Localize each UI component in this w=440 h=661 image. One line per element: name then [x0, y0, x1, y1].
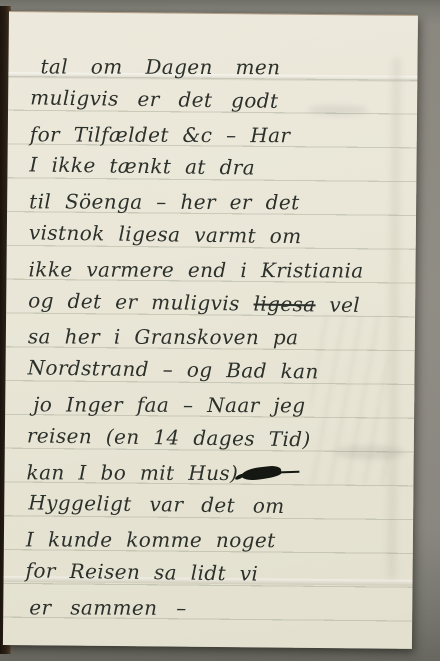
- letter-page: tal om Dagen men muligvis er det godt fo…: [3, 11, 418, 649]
- line-segment: og det er muligvis: [28, 288, 254, 315]
- handwritten-line-with-blot: kan I bo mit Hus): [27, 456, 400, 491]
- handwritten-line: I kunde komme noget: [26, 523, 399, 558]
- line-segment: kan I bo mit Hus): [27, 460, 239, 485]
- line-segment: vel: [315, 292, 360, 317]
- handwritten-line: er sammen –: [29, 591, 398, 626]
- photo-background: tal om Dagen men muligvis er det godt fo…: [0, 0, 440, 661]
- handwritten-line: til Söenga – her er det: [29, 186, 402, 221]
- handwritten-line: muligvis er det godt: [30, 81, 403, 120]
- handwritten-line: I ikke tænkt at dra: [29, 149, 402, 188]
- handwritten-line: Nordstrand – og Bad kan: [27, 352, 400, 391]
- handwritten-line: for Reisen sa lidt vi: [25, 554, 398, 593]
- handwritten-line: tal om Dagen men: [40, 50, 403, 85]
- handwritten-line: ikke varmere end i Kristiania: [28, 253, 401, 288]
- handwritten-line: sa her i Granskoven pa: [28, 321, 401, 356]
- ink-blot: [240, 464, 281, 481]
- handwritten-line: Hyggeligt var det om: [28, 487, 399, 526]
- handwritten-line-with-strikethrough: og det er muligvis ligesa vel: [28, 284, 401, 323]
- handwritten-text: tal om Dagen men muligvis er det godt fo…: [25, 48, 403, 626]
- handwritten-line: reisen (en 14 dages Tid): [27, 419, 400, 458]
- handwritten-line: vistnok ligesa varmt om: [29, 216, 402, 255]
- handwritten-line: jo Inger faa – Naar jeg: [33, 388, 400, 423]
- handwritten-line: for Tilfældet &c – Har: [30, 118, 403, 153]
- struck-word: ligesa: [253, 291, 315, 316]
